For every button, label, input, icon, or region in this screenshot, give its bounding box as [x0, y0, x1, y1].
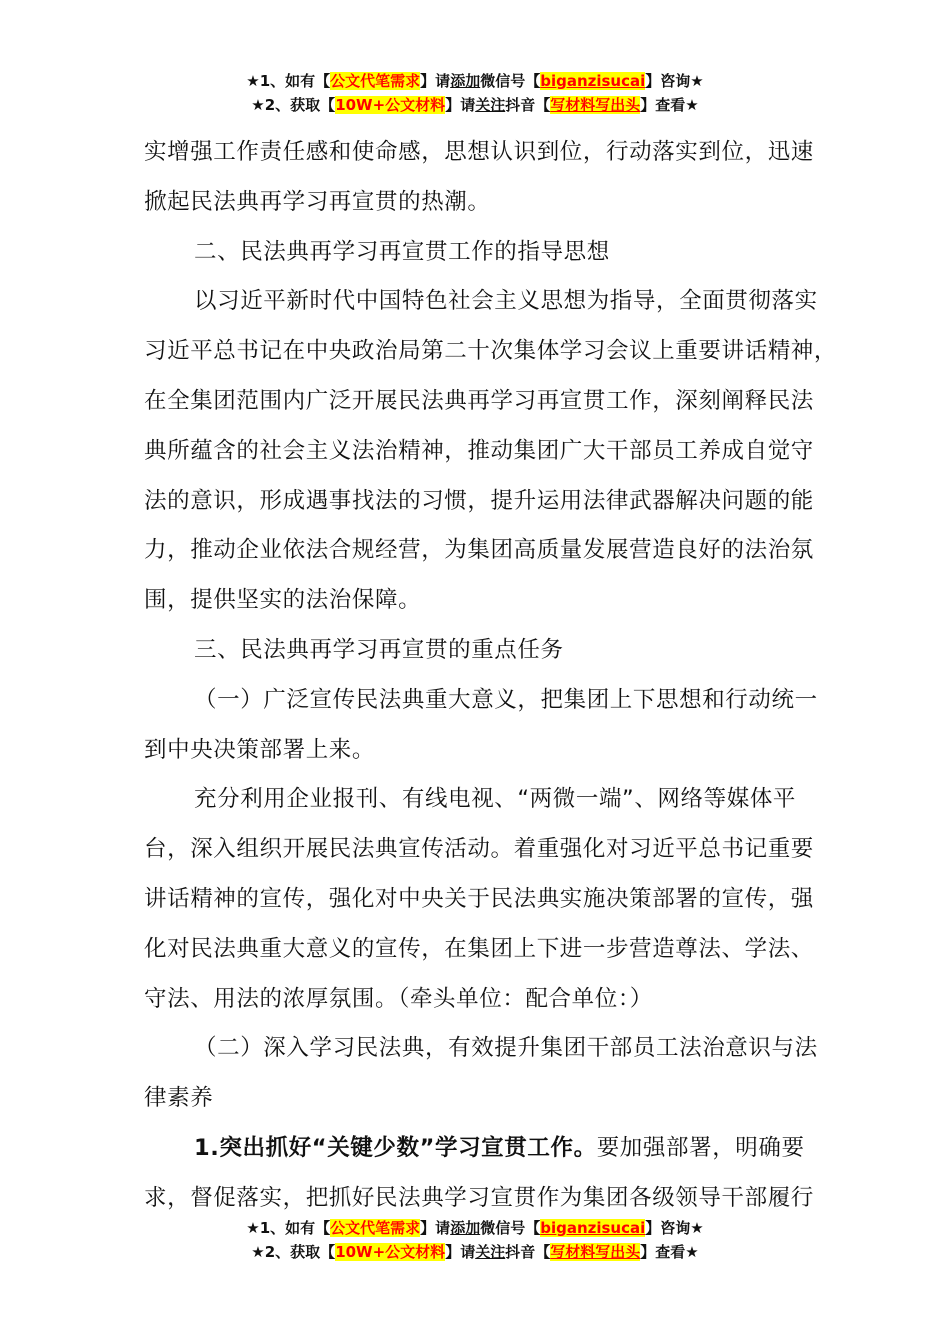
- highlight-ghostwriting: 公文代笔需求: [330, 1219, 420, 1237]
- paragraph-line: 力，推动企业依法合规经营，为集团高质量发展营造良好的法治氛: [144, 526, 814, 576]
- paragraph-line: 台，深入组织开展民法典宣传活动。着重强化对习近平总书记重要: [144, 825, 814, 875]
- paragraph-line: 法的意识，形成遇事找法的习惯，提升运用法律武器解决问题的能: [144, 477, 814, 527]
- banner-line-2: ★2、获取【10W+公文材料】请关注抖音【写材料写出头】查看★: [0, 1240, 950, 1264]
- banner-text: ★1、如有【: [246, 1219, 330, 1237]
- subsection-heading-1-cont: 到中央决策部署上来。: [144, 726, 814, 776]
- highlight-ghostwriting: 公文代笔需求: [330, 72, 420, 90]
- banner-text: ★2、获取【: [251, 1243, 335, 1261]
- paragraph-line: 以习近平新时代中国特色社会主义思想为指导，全面贯彻落实: [144, 277, 814, 327]
- banner-text: 抖音【: [505, 1243, 550, 1261]
- item-1-title: 1.突出抓好“关键少数”学习宣贯工作。: [194, 1135, 597, 1161]
- banner-text: 抖音【: [505, 96, 550, 114]
- wechat-id-link[interactable]: biganzisucai: [540, 1219, 645, 1237]
- section-heading-2: 二、民法典再学习再宣贯工作的指导思想: [144, 228, 814, 278]
- subsection-heading-2-cont: 律素养: [144, 1074, 814, 1124]
- paragraph-line: 掀起民法典再学习再宣贯的热潮。: [144, 178, 814, 228]
- highlight-materials: 10W+公文材料: [335, 1243, 445, 1261]
- banner-text: 】请: [445, 1243, 475, 1261]
- paragraph-line: 化对民法典重大意义的宣传，在集团上下进一步营造尊法、学法、: [144, 925, 814, 975]
- paragraph-line: 实增强工作责任感和使命感，思想认识到位，行动落实到位，迅速: [144, 128, 814, 178]
- banner-text: 】查看★: [640, 96, 698, 114]
- douyin-account-link[interactable]: 写材料写出头: [550, 96, 640, 114]
- item-1-text: 要加强部署，明确要: [597, 1135, 805, 1161]
- highlight-materials: 10W+公文材料: [335, 96, 445, 114]
- banner-text: 】请: [445, 96, 475, 114]
- header-banner: ★1、如有【公文代笔需求】请添加微信号【biganzisucai】咨询★ ★2、…: [0, 69, 950, 117]
- banner-text: ★1、如有【: [246, 72, 330, 90]
- banner-text: 】请: [420, 72, 450, 90]
- banner-text: 】请: [420, 1219, 450, 1237]
- document-body: 实增强工作责任感和使命感，思想认识到位，行动落实到位，迅速 掀起民法典再学习再宣…: [144, 128, 814, 1224]
- douyin-account-link[interactable]: 写材料写出头: [550, 1243, 640, 1261]
- banner-line-1: ★1、如有【公文代笔需求】请添加微信号【biganzisucai】咨询★: [0, 69, 950, 93]
- banner-text: ★2、获取【: [251, 96, 335, 114]
- paragraph-line: 习近平总书记在中央政治局第二十次集体学习会议上重要讲话精神，: [144, 327, 814, 377]
- paragraph-line: 充分利用企业报刊、有线电视、“两微一端”、网络等媒体平: [144, 775, 814, 825]
- paragraph-line: 在全集团范围内广泛开展民法典再学习再宣贯工作，深刻阐释民法: [144, 377, 814, 427]
- banner-text: 微信号【: [480, 72, 540, 90]
- section-heading-3: 三、民法典再学习再宣贯的重点任务: [144, 626, 814, 676]
- banner-text: 】咨询★: [645, 1219, 703, 1237]
- banner-text: 】咨询★: [645, 72, 703, 90]
- underlined-add: 添加: [450, 1219, 480, 1237]
- wechat-id-link[interactable]: biganzisucai: [540, 72, 645, 90]
- underlined-follow: 关注: [475, 96, 505, 114]
- paragraph-line: 讲话精神的宣传，强化对中央关于民法典实施决策部署的宣传，强: [144, 875, 814, 925]
- banner-line-1: ★1、如有【公文代笔需求】请添加微信号【biganzisucai】咨询★: [0, 1216, 950, 1240]
- footer-banner: ★1、如有【公文代笔需求】请添加微信号【biganzisucai】咨询★ ★2、…: [0, 1216, 950, 1264]
- subsection-heading-1: （一）广泛宣传民法典重大意义，把集团上下思想和行动统一: [144, 676, 814, 726]
- subsection-heading-2: （二）深入学习民法典，有效提升集团干部员工法治意识与法: [144, 1024, 814, 1074]
- paragraph-line: 守法、用法的浓厚氛围。（牵头单位：配合单位：）: [144, 975, 814, 1025]
- banner-line-2: ★2、获取【10W+公文材料】请关注抖音【写材料写出头】查看★: [0, 93, 950, 117]
- underlined-follow: 关注: [475, 1243, 505, 1261]
- paragraph-line: 典所蕴含的社会主义法治精神，推动集团广大干部员工养成自觉守: [144, 427, 814, 477]
- paragraph-line: 围，提供坚实的法治保障。: [144, 576, 814, 626]
- banner-text: 微信号【: [480, 1219, 540, 1237]
- banner-text: 】查看★: [640, 1243, 698, 1261]
- underlined-add: 添加: [450, 72, 480, 90]
- item-1-line: 1.突出抓好“关键少数”学习宣贯工作。要加强部署，明确要: [144, 1124, 814, 1174]
